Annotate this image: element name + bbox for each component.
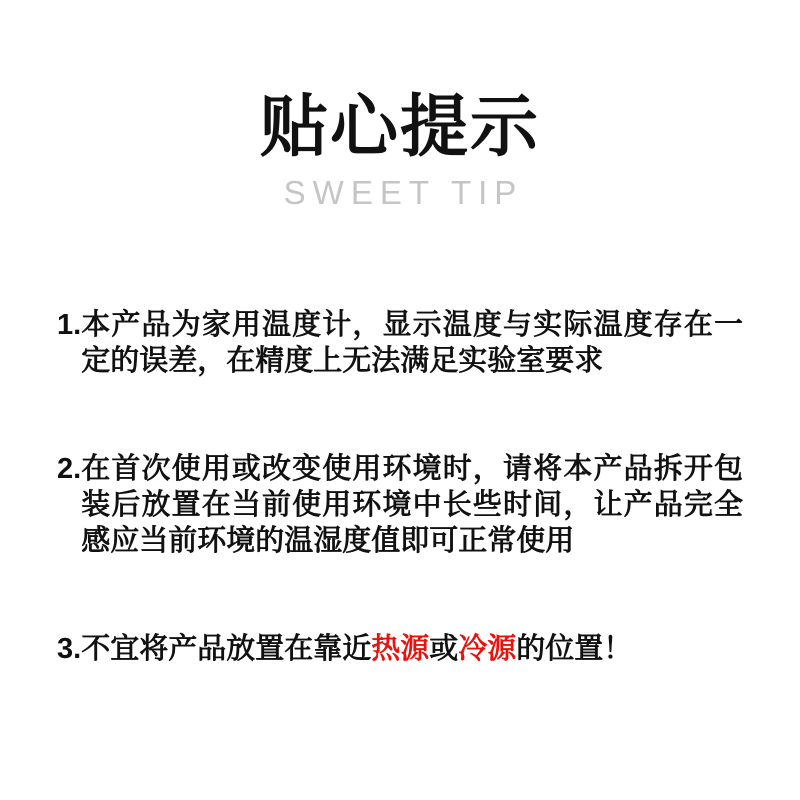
tip-number: 1. [57,307,81,343]
tip-text: 不宜将产品放置在靠近热源或冷源的位置！ [81,631,743,667]
tip-item-2: 2. 在首次使用或改变使用环境时，请将本产品拆开包装后放置在当前使用环境中长些时… [57,451,743,559]
tip-text-highlight-heat-source: 热源 [371,633,429,665]
page-title: 贴心提示 [0,93,800,161]
tip-number: 2. [57,451,81,487]
tip-item-3: 3. 不宜将产品放置在靠近热源或冷源的位置！ [57,631,743,667]
tip-text-segment: 的位置！ [516,633,632,665]
page-subtitle: SWEET TIP [0,176,800,209]
tip-text: 在首次使用或改变使用环境时，请将本产品拆开包装后放置在当前使用环境中长些时间，让… [81,451,743,559]
tip-text-segment: 或 [429,633,458,665]
tip-item-1: 1. 本产品为家用温度计，显示温度与实际温度存在一定的误差，在精度上无法满足实验… [57,307,743,379]
sweet-tip-page: 贴心提示 SWEET TIP 1. 本产品为家用温度计，显示温度与实际温度存在一… [0,0,800,800]
tip-text-segment: 不宜将产品放置在靠近 [81,633,371,665]
header: 贴心提示 SWEET TIP [0,0,800,209]
tip-text: 本产品为家用温度计，显示温度与实际温度存在一定的误差，在精度上无法满足实验室要求 [81,307,743,379]
tip-text-highlight-cold-source: 冷源 [458,633,516,665]
tips-list: 1. 本产品为家用温度计，显示温度与实际温度存在一定的误差，在精度上无法满足实验… [0,307,800,667]
tip-number: 3. [57,631,81,667]
